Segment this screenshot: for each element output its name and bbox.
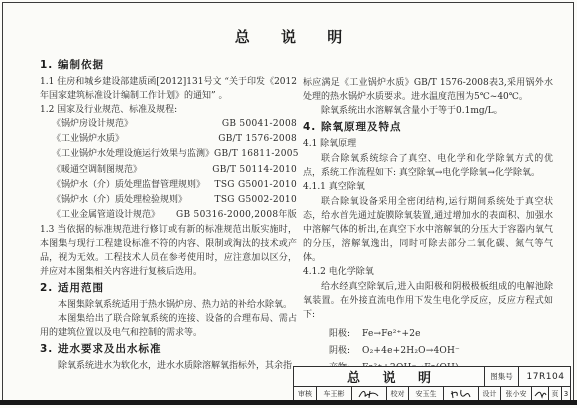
- para-2-2: 本图集给出了联合除氧系统的连接、设备的合理布局、需占用的建筑位置以及电气和控制的…: [40, 312, 297, 340]
- left-column: 1. 编制依据 1.1 住房和城乡建设部建质函[2012]131号文 “关于印发…: [40, 56, 297, 373]
- section-3-heading: 3. 进水要求及出水标准: [40, 341, 297, 357]
- para-1-2: 1.2 国家及行业规范、标准及规程:: [40, 103, 297, 117]
- standard-item: 《工业锅炉水质》 GB/T 1576-2008: [40, 132, 297, 147]
- para-3-outlet: 除氧系统出水溶解氧含量小于等于0.1mg/L。: [303, 104, 553, 118]
- section-1-heading: 1. 编制依据: [40, 57, 297, 73]
- title-block-title: 总 说 明: [294, 367, 484, 386]
- section-4-1-heading: 4.1 除氧原理: [303, 137, 553, 152]
- designer-name: 张小安: [500, 387, 531, 400]
- para-1-1: 1.1 住房和城乡建设部建质函[2012]131号文 “关于印发《2012年国家…: [40, 75, 297, 103]
- page-label: 页: [548, 387, 561, 400]
- standard-name: 《锅炉水（介）质处理监督管理规则》: [52, 178, 205, 193]
- designer-signature-image: [531, 387, 548, 400]
- right-column: 标应满足《工业锅炉水质》GB/T 1576-2008表3,采用锅外水处理的热水锅…: [303, 76, 553, 377]
- page-title: 总 说 明: [0, 26, 577, 47]
- title-block-top-row: 总 说 明 图集号 17R104: [294, 367, 570, 386]
- reviewer-label: 审核: [294, 387, 316, 400]
- title-block: 总 说 明 图集号 17R104 审核 车王彬 校对 安玉生 设计 张小安 页 …: [293, 366, 571, 401]
- para-4-1-2: 给水经真空除氧后,进入由阳极和阴极极板组成的电解池除氧装置。在外接直流电作用下发…: [303, 280, 553, 322]
- page-number: 3: [561, 387, 570, 400]
- standard-code: GB 50316-2000,2008年版: [176, 208, 297, 223]
- standard-code: TSG G5001-2010: [215, 178, 297, 193]
- section-4-1-1-heading: 4.1.1 真空除氧: [303, 180, 553, 195]
- standard-item: 《锅炉水（介）质处理监督管理规则》 TSG G5001-2010: [40, 178, 297, 193]
- drawing-sheet: 总 说 明 1. 编制依据 1.1 住房和城乡建设部建质函[2012]131号文…: [0, 0, 577, 408]
- standard-code: GB/T 50114-2010: [212, 163, 297, 178]
- atlas-number-value: 17R104: [518, 367, 572, 386]
- anode-formula: Fe→Fe²⁺+2e: [362, 326, 421, 343]
- standards-list: 《锅炉房设计规范》 GB 50041-2008 《工业锅炉水质》 GB/T 15…: [40, 117, 297, 223]
- standard-name: 《暖通空调制图规范》: [52, 163, 142, 178]
- standard-name: 《工业锅炉水质》: [52, 132, 124, 147]
- standard-item: 《锅炉水（介）质处理检验规则》 TSG G5002-2010: [40, 193, 297, 208]
- section-2-heading: 2. 适用范围: [40, 280, 297, 296]
- title-block-bottom-row: 审核 车王彬 校对 安玉生 设计 张小安 页 3: [294, 386, 570, 400]
- para-3-continued: 标应满足《工业锅炉水质》GB/T 1576-2008表3,采用锅外水处理的热水锅…: [303, 76, 553, 104]
- standard-item: 《工业金属管道设计规范》 GB 50316-2000,2008年版: [40, 208, 297, 223]
- standard-item: 《锅炉房设计规范》 GB 50041-2008: [40, 117, 297, 132]
- cathode-equation: 阴极: O₂+4e+2H₂O→4OH⁻: [303, 343, 553, 360]
- standard-name: 《工业锅炉水处理设施运行效果与监测》: [52, 147, 214, 162]
- standard-name: 《锅炉房设计规范》: [52, 117, 133, 132]
- para-4-1-1: 联合除氧设备采用全密闭结构,运行期间系统处于真空状态，给水首先通过旋膜除氧装置,…: [303, 195, 553, 265]
- para-3-1: 除氧系统进水为软化水，进水水质除溶解氧指标外，其余指: [40, 359, 297, 373]
- standard-code: GB 50041-2008: [222, 117, 297, 132]
- anode-label: 阳极:: [329, 326, 350, 343]
- standard-code: GB/T 16811-2005: [214, 147, 299, 162]
- standard-name: 《工业金属管道设计规范》: [52, 208, 160, 223]
- anode-equation: 阳极: Fe→Fe²⁺+2e: [303, 326, 553, 343]
- reviewer-name: 车王彬: [316, 387, 351, 400]
- standard-name: 《锅炉水（介）质处理检验规则》: [52, 193, 187, 208]
- checker-signature-image: [443, 387, 478, 400]
- cathode-formula: O₂+4e+2H₂O→4OH⁻: [362, 343, 460, 360]
- standard-item: 《工业锅炉水处理设施运行效果与监测》 GB/T 16811-2005: [40, 147, 297, 162]
- checker-label: 校对: [386, 387, 408, 400]
- standard-code: GB/T 1576-2008: [218, 132, 297, 147]
- para-1-3: 1.3 当依据的标准规范进行修订或有新的标准规范出版实施时，本图集与现行工程建设…: [40, 223, 297, 279]
- designer-label: 设计: [478, 387, 500, 400]
- standard-code: TSG G5002-2010: [215, 193, 297, 208]
- section-4-1-2-heading: 4.1.2 电化学除氧: [303, 265, 553, 280]
- sheet-bottom-edge: [0, 400, 577, 405]
- para-4-1: 联合除氧系统综合了真空、电化学和化学除氧方式的优点，系统工作流程如下: 真空除氧…: [303, 152, 553, 180]
- para-2-1: 本图集除氧系统适用于热水锅炉房、热力站的补给水除氧。: [40, 298, 297, 312]
- reviewer-signature-image: [351, 387, 386, 400]
- atlas-number-label: 图集号: [484, 367, 518, 386]
- cathode-label: 阴极:: [329, 343, 350, 360]
- checker-name: 安玉生: [408, 387, 443, 400]
- standard-item: 《暖通空调制图规范》 GB/T 50114-2010: [40, 163, 297, 178]
- section-4-heading: 4. 除氧原理及特点: [303, 119, 553, 135]
